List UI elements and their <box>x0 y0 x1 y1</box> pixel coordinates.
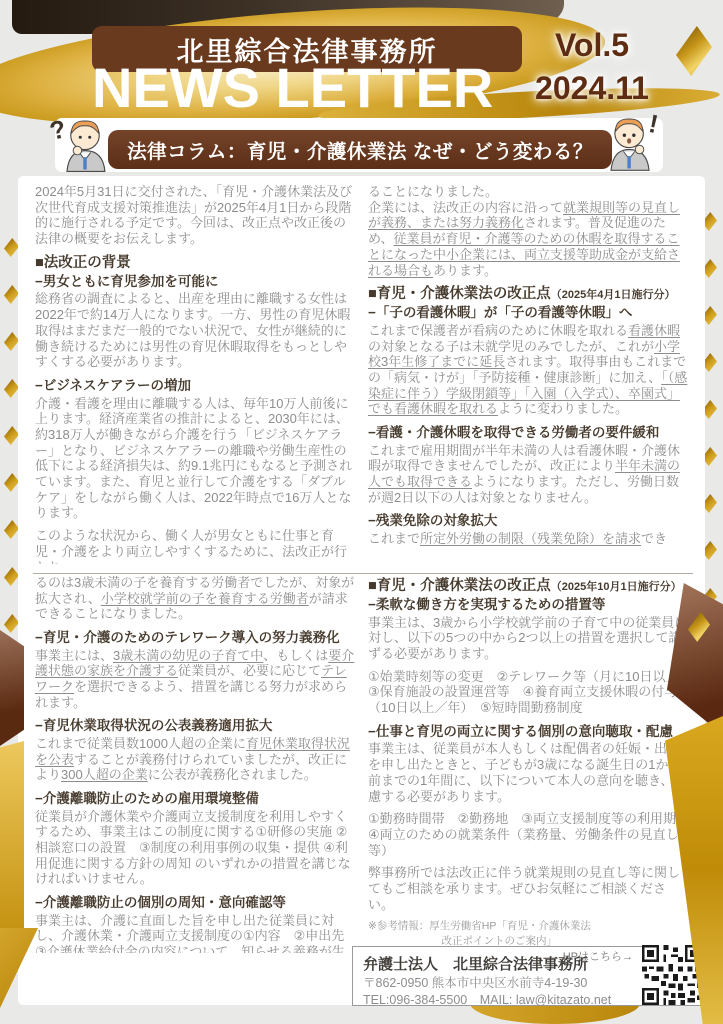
paragraph: 企業には、法改正の内容に沿って就業規則等の見直しが義務、または努力義務化されます… <box>368 200 690 279</box>
column-title-bar: 法律コラム：育児・介護休業法 なぜ・どう変わる？ <box>108 130 612 169</box>
column-bottom-right: ■育児・介護休業法の改正点（2025年10月1日施行分）−柔軟な働き方を実現する… <box>368 575 690 947</box>
paragraph: 事業主は、3歳から小学校就学前の子育て中の従業員に対し、以下の5つの中から2つ以… <box>368 615 690 662</box>
footer-contact-box: 弁護士法人 北里綜合法律事務所 〒862-0950 熊本市中央区水前寺4-19-… <box>352 946 706 1006</box>
paragraph: これまで雇用期間が半年未満の人は看護休暇・介護休暇が取得できませんでしたが、改正… <box>368 443 690 506</box>
paragraph: これまで所定外労働の制限（残業免除）を請求でき <box>368 531 690 547</box>
sub-heading: −残業免除の対象拡大 <box>368 512 690 530</box>
column-title-text: 法律コラム：育児・介護休業法 なぜ・どう変わる？ <box>127 136 593 164</box>
gold-diamond-ornament <box>676 26 712 76</box>
paragraph: このような状況から、働く人が男女ともに仕事と育児・介護をより両立しやすくするため… <box>35 528 355 564</box>
sub-heading: −男女ともに育児参加を可能に <box>35 273 355 291</box>
section-heading: ■育児・介護休業法の改正点（2025年10月1日施行分） <box>368 577 690 595</box>
column-top-right: ることになりました。企業には、法改正の内容に沿って就業規則等の見直しが義務、また… <box>368 184 690 564</box>
paragraph: 弊事務所では法改正に伴う就業規則の見直し等に関してもご相談を承ります。ぜひお気軽… <box>368 865 690 912</box>
paragraph: るのは3歳未満の子を養育する労働者でしたが、対象が拡大され、小学校就学前の子を養… <box>35 575 355 622</box>
newsletter-page: 北里綜合法律事務所 NEWS LETTER Vol.5 2024.11 法律コラ… <box>0 0 723 1024</box>
sub-heading: −ビジネスケアラーの増加 <box>35 377 355 395</box>
issue-date: 2024.11 <box>512 67 672 110</box>
gold-diamond-ornament <box>4 614 19 633</box>
gold-diamond-ornament <box>4 285 19 304</box>
column-top-left: 2024年5月31日に交付された、「育児・介護休業法及び次世代育成支援対策推進法… <box>35 184 355 564</box>
paragraph: 事業主には、3歳未満の幼児の子育て中、もしくは要介護状態の家族を介護する従業員が… <box>35 648 355 711</box>
qr-code <box>642 945 702 1005</box>
paragraph: 2024年5月31日に交付された、「育児・介護休業法及び次世代育成支援対策推進法… <box>35 184 355 247</box>
content-card: 2024年5月31日に交付された、「育児・介護休業法及び次世代育成支援対策推進法… <box>18 176 705 1005</box>
sub-heading: −介護離職防止の個別の周知・意向確認等 <box>35 894 355 912</box>
reference-note: ※参考情報：厚生労働省HP「育児・介護休業法 改正ポイントのご案内」https:… <box>368 919 690 947</box>
left-brown-ribbon <box>0 630 24 746</box>
sub-heading: −介護離職防止のための雇用環境整備 <box>35 790 355 808</box>
paragraph: これまで保護者が看病のために休暇を取れる看護休暇の対象となる子は未就学児のみでし… <box>368 323 690 417</box>
paragraph: ることになりました。 <box>368 184 690 200</box>
left-gold-ribbon <box>0 741 24 955</box>
sub-heading: −柔軟な働き方を実現するための措置等 <box>368 596 690 614</box>
volume-date: Vol.5 2024.11 <box>512 24 672 110</box>
gold-diamond-ornament <box>4 473 19 492</box>
paragraph: 総務省の調査によると、出産を理由に離職する女性は2022年で約14万人になります… <box>35 291 355 370</box>
sub-heading: −育児・介護のためのテレワーク導入の努力義務化 <box>35 629 355 647</box>
question-mark-icon: ? <box>48 115 69 146</box>
volume-label: Vol.5 <box>512 24 672 67</box>
sub-heading: −「子の看護休暇」が「子の看護等休暇」へ <box>368 304 690 322</box>
column-bottom-left: るのは3歳未満の子を養育する労働者でしたが、対象が拡大され、小学校就学前の子を養… <box>35 575 355 953</box>
section-heading: ■育児・介護休業法の改正点（2025年4月1日施行分） <box>368 285 690 303</box>
paragraph: 事業主は、従業員が本人もしくは配偶者の妊娠・出産を申し出たときと、子どもが3歳に… <box>368 741 690 804</box>
paragraph: これまで従業員数1000人超の企業に育児休業取得状況を公表することが義務付けられ… <box>35 736 355 783</box>
thinking-character-illustration: ? <box>48 112 122 172</box>
paragraph: 介護・看護を理由に離職する人は、毎年10万人前後に上ります。経済産業省の推計によ… <box>35 396 355 522</box>
footer-hp-label: HPはこちら→ <box>563 948 633 964</box>
surprised-character-illustration: ! <box>594 108 668 172</box>
sub-heading: −看護・介護休暇を取得できる労働者の要件緩和 <box>368 424 690 442</box>
gold-diamond-ornament <box>4 379 19 398</box>
paragraph: ①勤務時間帯 ②勤務地 ③両立支援制度等の利用期間 ④両立のための就業条件（業務… <box>368 811 690 858</box>
newsletter-title: NEWS LETTER <box>92 60 493 116</box>
gold-diamond-ornament <box>4 520 19 539</box>
sub-heading: −育児休業取得状況の公表義務適用拡大 <box>35 717 355 735</box>
gold-diamond-ornament <box>4 567 19 586</box>
exclamation-mark-icon: ! <box>646 110 660 139</box>
paragraph: 事業主は、介護に直面した旨を申し出た従業員に対し、介護休業・介護両立支援制度の①… <box>35 913 355 953</box>
paragraph: ①始業時刻等の変更 ②テレワーク等（月に10日以上） ③保育施設の設置運営等 ④… <box>368 669 690 716</box>
paragraph: 従業員が介護休業や介護両立支援制度を利用しやすくするため、事業主はこの制度に関す… <box>35 809 355 888</box>
sub-heading: −仕事と育児の両立に関する個別の意向聴取・配慮 <box>368 723 690 741</box>
gold-diamond-ornament <box>4 332 19 351</box>
section-divider <box>33 573 693 574</box>
gold-diamond-ornament <box>4 238 19 257</box>
section-heading: ■法改正の背景 <box>35 254 355 272</box>
gold-diamond-ornament <box>4 426 19 445</box>
